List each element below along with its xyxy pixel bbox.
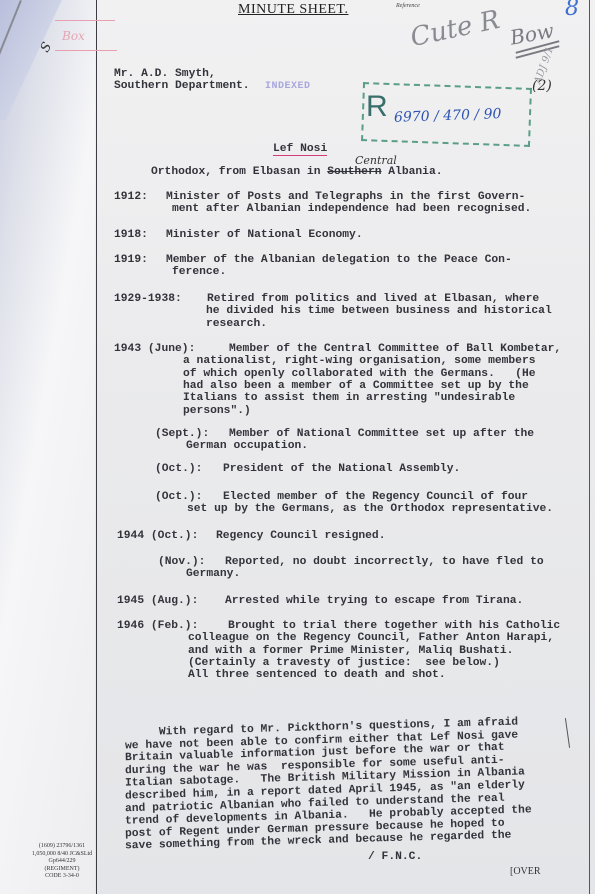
subject-name-text: Lef Nosi (273, 143, 327, 156)
handwritten-note: Cute R (408, 5, 503, 53)
addressee-department: Southern Department. (114, 80, 250, 92)
entry-text-line: Member of the Albanian delegation to the… (166, 254, 512, 266)
entry-text-line: Germany. (186, 568, 240, 580)
form-code-line: 1,050,000 8/40 JC&SLtd (30, 851, 94, 859)
entry-text-line: All three sentenced to death and shot. (188, 669, 446, 681)
entry-text-line: research. (206, 318, 267, 330)
entry-date: 1946 (Feb.): (117, 620, 198, 632)
blue-folio-number: 8 (565, 0, 579, 21)
entry-text-line: Elected member of the Regency Council of… (223, 491, 528, 503)
form-code-line: (REGIMENT) (30, 866, 94, 874)
entry-text-line: Minister of National Economy. (166, 229, 363, 241)
entry-text-line: German occupation. (186, 440, 308, 452)
entry-date: 1918: (114, 229, 148, 241)
indexed-stamp: INDEXED (265, 81, 311, 92)
entry-text-line: Brought to trial there together with his… (228, 620, 560, 632)
entry-date: (Oct.): (155, 491, 202, 503)
addressee-name: Mr. A.D. Smyth, (114, 68, 216, 80)
entry-date: (Sept.): (155, 428, 209, 440)
minute-sheet-page: Box S MINUTE SHEET. Reference Cute R Bow… (0, 0, 595, 894)
subject-origin: Orthodox, from Elbasan in Southern Alban… (151, 166, 443, 178)
entry-text-line: colleague on the Regency Council, Father… (188, 632, 554, 644)
curled-page-edge (0, 0, 95, 894)
signature: / F.N.C. (368, 851, 422, 863)
origin-suffix: Albania. (382, 166, 443, 178)
entry-text-line: (Certainly a travesty of justice: see be… (188, 657, 500, 669)
reference-label: Reference (396, 3, 420, 9)
entry-text-line: Member of National Committee set up afte… (229, 428, 534, 440)
entry-date: (Oct.): (155, 463, 202, 475)
page-title: MINUTE SHEET. (238, 2, 348, 18)
entry-text-line: ference. (172, 266, 226, 278)
folio-bracket-number: (2) (532, 78, 552, 94)
entry-text-line: Arrested while trying to escape from Tir… (225, 595, 523, 607)
margin-rule (96, 0, 97, 894)
pink-margin-rule (55, 50, 117, 51)
entry-text-line: had also been a member of a Committee se… (183, 380, 529, 392)
entry-text-line: persons".) (183, 405, 251, 417)
margin-tick-mark (565, 718, 570, 748)
entry-text-line: Minister of Posts and Telegraphs in the … (166, 191, 525, 203)
registry-stamp-letter: R (366, 90, 388, 124)
entry-text-line: a nationalist, right-wing organisation, … (183, 355, 536, 367)
entry-date: 1944 (Oct.): (117, 530, 198, 542)
entry-text-line: Retired from politics and lived at Elbas… (207, 293, 539, 305)
entry-text-line: Member of the Central Committee of Ball … (229, 343, 561, 355)
entry-date: 1943 (June): (114, 343, 195, 355)
pink-margin-rule (55, 20, 115, 21)
entry-text-line: ment after Albanian independence had bee… (172, 203, 531, 215)
form-code-line: Gp644/229 (30, 858, 94, 866)
origin-prefix: Orthodox, from Elbasan in (151, 166, 327, 178)
right-edge-rule (589, 0, 590, 894)
entry-date: (Nov.): (158, 556, 205, 568)
entry-text-line: he divided his time between business and… (206, 305, 552, 317)
subject-name: Lef Nosi (273, 143, 327, 155)
form-print-code: (1609) 23796/13611,050,000 8/40 JC&SLtdG… (30, 843, 94, 881)
entry-date: 1929-1938: (114, 293, 182, 305)
entry-date: 1919: (114, 254, 148, 266)
entry-date: 1912: (114, 191, 148, 203)
entry-text-line: Regency Council resigned. (216, 530, 385, 542)
entry-text-line: of which openly collaborated with the Ge… (183, 368, 536, 380)
form-code-line: CODE 3-34-0 (30, 873, 94, 881)
entry-text-line: and with a former Prime Minister, Maliq … (188, 645, 513, 657)
margin-annotation: Box (62, 29, 85, 43)
over-label: [OVER (510, 866, 541, 877)
form-code-line: (1609) 23796/1361 (30, 843, 94, 851)
entry-text-line: Italians to assist them in arresting "un… (183, 392, 515, 404)
struck-word: Southern (327, 166, 381, 178)
entry-text-line: set up by the Germans, as the Orthodox r… (187, 503, 553, 515)
entry-date: 1945 (Aug.): (117, 595, 198, 607)
entry-text-line: Reported, no doubt incorrectly, to have … (225, 556, 544, 568)
entry-text-line: President of the National Assembly. (223, 463, 460, 475)
